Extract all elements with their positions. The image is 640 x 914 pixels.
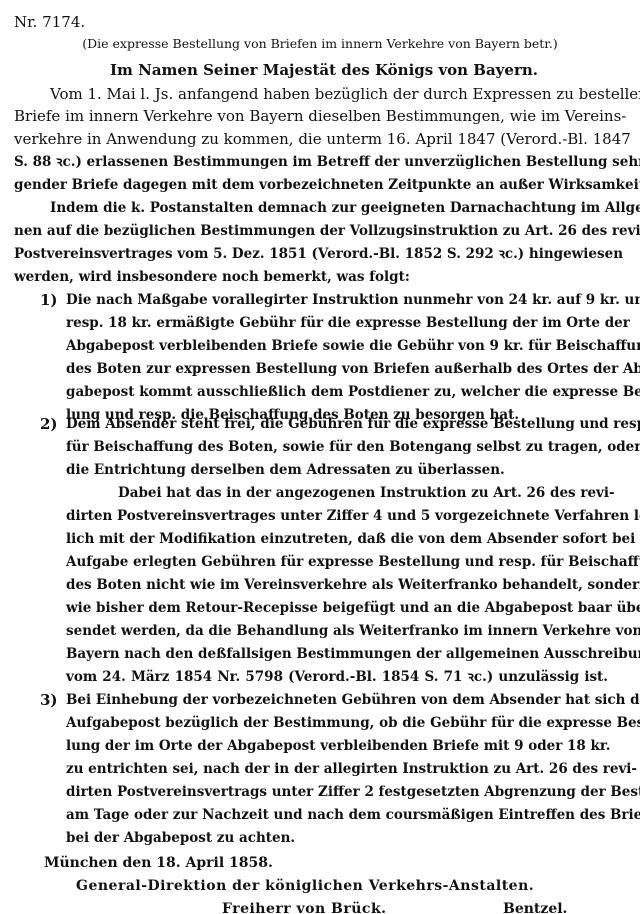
item1-line: Abgabepost verbleibenden Briefe sowie di… [66, 336, 608, 356]
item-marker: 3) [40, 690, 58, 710]
item2-subline: lich mit der Modifikation einzutreten, d… [66, 529, 608, 549]
para2-line: Indem die k. Postanstalten demnach zur g… [50, 198, 608, 218]
item3-line: am Tage oder zur Nachzeit und nach dem c… [66, 805, 608, 825]
item2-subline: Bayern nach den deßfallsigen Bestimmunge… [66, 644, 608, 664]
document-number: Nr. 7174. [14, 12, 85, 32]
para2-line: nen auf die bezüglichen Bestimmungen der… [14, 221, 608, 241]
item2-line: für Beischaffung des Boten, sowie für de… [66, 437, 608, 457]
para1-line: Vom 1. Mai l. Js. anfangend haben bezügl… [50, 84, 608, 104]
item1-line: resp. 18 kr. ermäßigte Gebühr für die ex… [66, 313, 608, 333]
item2-line: Dem Absender steht frei, die Gebühren fü… [66, 414, 608, 434]
item1-line: des Boten zur expressen Bestellung von B… [66, 359, 608, 379]
item3-line: lung der im Orte der Abgabepost verbleib… [66, 736, 608, 756]
item1-line: gabepost kommt ausschließlich dem Postdi… [66, 382, 608, 402]
item-marker: 1) [40, 290, 58, 310]
date-line: München den 18. April 1858. [44, 853, 273, 873]
signature-1: Freiherr von Brück. [222, 899, 387, 914]
item-marker: 2) [40, 414, 58, 434]
item2-subline: vom 24. März 1854 Nr. 5798 (Verord.-Bl. … [66, 667, 608, 687]
item3-line: dirten Postvereinsvertrags unter Ziffer … [66, 782, 608, 802]
item2-subline: Aufgabe erlegten Gebühren für expresse B… [66, 552, 608, 572]
para1-line: gender Briefe dagegen mit dem vorbezeich… [14, 175, 608, 195]
item2-subline: sendet werden, da die Behandlung als Wei… [66, 621, 608, 641]
item3-line: bei der Abgabepost zu achten. [66, 828, 608, 848]
para1-line: verkehre in Anwendung zu kommen, die unt… [14, 129, 608, 149]
para2-line: werden, wird insbesondere noch bemerkt, … [14, 267, 608, 287]
item1-line: Die nach Maßgabe vorallegirter Instrukti… [66, 290, 608, 310]
para2-line: Postvereinsvertrages vom 5. Dez. 1851 (V… [14, 244, 608, 264]
item2-line: die Entrichtung derselben dem Adressaten… [66, 460, 608, 480]
item2-subline: dirten Postvereinsvertrages unter Ziffer… [66, 506, 608, 526]
document-subject: (Die expresse Bestellung von Briefen im … [70, 34, 570, 54]
invocation-heading: Im Namen Seiner Majestät des Königs von … [110, 60, 510, 80]
item2-subline: des Boten nicht wie im Vereinsverkehre a… [66, 575, 608, 595]
item3-line: Aufgabepost bezüglich der Bestimmung, ob… [66, 713, 608, 733]
item3-line: zu entrichten sei, nach der in der alleg… [66, 759, 608, 779]
signature-2: Bentzel. [503, 899, 567, 914]
item3-line: Bei Einhebung der vorbezeichneten Gebühr… [66, 690, 608, 710]
para1-line: S. 88 ꝛc.) erlassenen Bestimmungen im Be… [14, 152, 608, 172]
issuing-authority: General-Direktion der königlichen Verkeh… [76, 876, 534, 896]
item2-subline: wie bisher dem Retour-Recepisse beigefüg… [66, 598, 608, 618]
document-page: Nr. 7174. (Die expresse Bestellung von B… [0, 0, 640, 914]
para1-line: Briefe im innern Verkehre von Bayern die… [14, 106, 608, 126]
item2-subline: Dabei hat das in der angezogenen Instruk… [118, 483, 608, 503]
